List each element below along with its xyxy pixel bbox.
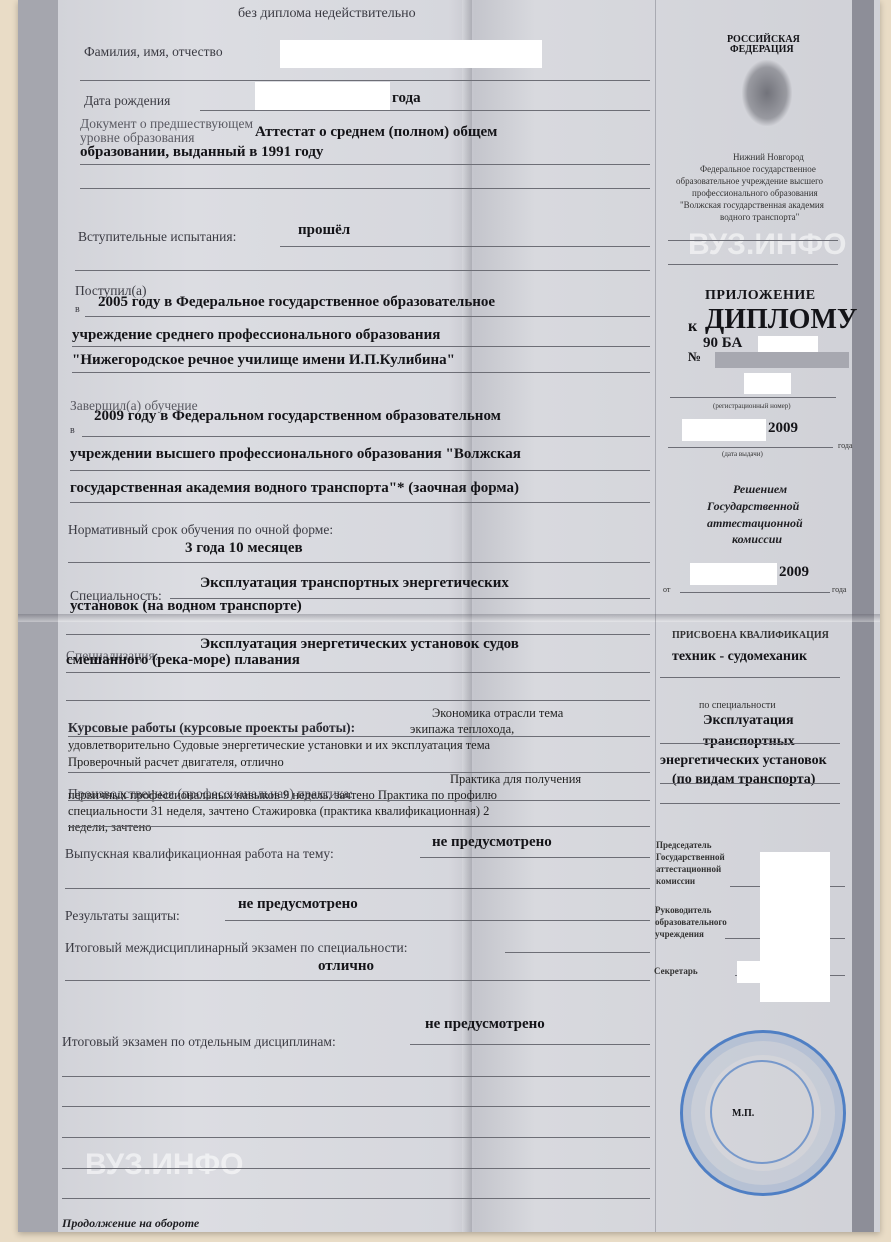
issue-suffix: года (838, 441, 852, 450)
completed-value-2: учреждении высшего профессионального обр… (70, 446, 521, 463)
thesis-value: не предусмотрено (432, 834, 552, 851)
rule (280, 246, 650, 247)
chair-label-1: Председатель (656, 840, 711, 850)
rule (80, 164, 650, 165)
head-label-1: Руководитель (655, 905, 711, 915)
rule (660, 677, 840, 678)
birth-date-suffix: года (392, 90, 421, 107)
watermark-text: ВУЗ.ИНФО (85, 1148, 243, 1182)
enrolled-value-1: 2005 году в Федеральное государственное … (98, 294, 495, 311)
stamp-label: М.П. (732, 1108, 754, 1119)
rule (72, 346, 650, 347)
chair-label-3: аттестационной (656, 864, 721, 874)
enrolled-in: в (75, 304, 80, 315)
redacted-full-name (280, 40, 542, 68)
decision-year: 2009 (779, 564, 809, 581)
institution-line-5: водного транспорта" (720, 212, 799, 222)
coursework-value-0: Экономика отрасли тема (432, 706, 563, 721)
practice-value-0: Практика для получения (450, 772, 581, 787)
redacted-signature (737, 961, 762, 983)
rule (68, 562, 650, 563)
redacted-birth-date (255, 82, 390, 110)
issue-year: 2009 (768, 420, 798, 437)
decision-line-3: аттестационной (707, 516, 803, 531)
decision-line-4: комиссии (732, 532, 782, 547)
rule (68, 736, 650, 737)
defense-label: Результаты защиты: (65, 908, 180, 924)
rule (62, 1168, 650, 1169)
right-specialty-line-1: Эксплуатация (703, 713, 794, 729)
redacted-number-field (715, 352, 849, 368)
institution-line-1: Федеральное государственное (700, 164, 816, 174)
term-label: Нормативный срок обучения по очной форме… (68, 522, 333, 538)
entrance-value: прошёл (298, 222, 350, 239)
watermark-text: ВУЗ.ИНФО (688, 228, 846, 262)
rule (70, 502, 650, 503)
rule (62, 1137, 650, 1138)
institution-line-4: "Волжская государственная академия (680, 200, 824, 210)
issue-caption: (дата выдачи) (722, 450, 763, 458)
rule (660, 803, 840, 804)
city: Нижний Новгород (733, 152, 804, 162)
rule (65, 888, 650, 889)
rule (82, 436, 650, 437)
continued-note: Продолжение на обороте (62, 1216, 199, 1231)
enrolled-value-3: "Нижегородское речное училище имени И.П.… (72, 352, 455, 369)
interdisc-exam-label: Итоговый междисциплинарный экзамен по сп… (65, 940, 407, 956)
horizontal-fold (18, 614, 880, 622)
right-specialty-line-4: (по видам транспорта) (672, 772, 815, 788)
rule (668, 447, 833, 448)
decision-suffix: года (832, 585, 846, 594)
diploma-series: 90 БА (703, 335, 742, 352)
prior-doc-value-1: Аттестат о среднем (полном) общем (255, 124, 497, 141)
supplement-title-diploma: ДИПЛОМУ (705, 304, 857, 336)
rule (170, 598, 650, 599)
chair-label-4: комиссии (656, 876, 695, 886)
qualification-label: ПРИСВОЕНА КВАЛИФИКАЦИЯ (672, 630, 829, 641)
official-seal-icon (680, 1030, 846, 1196)
rule (68, 800, 650, 801)
rule (66, 700, 650, 701)
rule (225, 920, 650, 921)
qualification-value: техник - судомеханик (672, 649, 807, 665)
term-value: 3 года 10 месяцев (185, 540, 303, 557)
rule (80, 188, 650, 189)
specialization-value-1: Эксплуатация энергетических установок су… (200, 636, 519, 653)
enrolled-value-2: учреждение среднего профессионального об… (72, 327, 440, 344)
completed-in: в (70, 425, 75, 436)
rule (660, 743, 840, 744)
rule (670, 397, 836, 398)
redacted-signatures (760, 852, 830, 1002)
number-sign: № (688, 349, 701, 365)
decision-line-1: Решением (733, 482, 787, 497)
rule (72, 372, 650, 373)
rule (62, 1198, 650, 1199)
coat-of-arms-icon (742, 60, 792, 126)
chair-label-2: Государственной (656, 852, 725, 862)
head-label-2: образовательного (655, 917, 727, 927)
reg-number-caption: (регистрационный номер) (713, 402, 791, 410)
final-exam-label: Итоговый экзамен по отдельным дисциплина… (62, 1034, 336, 1050)
specialization-value-2: смешанного (река-море) плавания (66, 652, 300, 669)
rule (200, 110, 650, 111)
practice-value-3: недели, зачтено (68, 820, 151, 835)
right-specialty-line-2: транспортных (703, 734, 795, 750)
rule (680, 592, 830, 593)
rule (80, 80, 650, 81)
rule (668, 240, 838, 241)
institution-line-3: профессионального образования (692, 188, 818, 198)
specialty-value-1: Эксплуатация транспортных энергетических (200, 575, 509, 592)
supplement-title-prefix: к (688, 318, 697, 336)
rule (505, 952, 650, 953)
rule (85, 316, 650, 317)
prior-doc-value-2: образовании, выданный в 1991 году (80, 144, 323, 161)
rule (660, 783, 840, 784)
rule (65, 980, 650, 981)
interdisc-exam-value: отлично (318, 958, 374, 975)
rule (66, 672, 650, 673)
seal-inner-ring (710, 1060, 814, 1164)
rule (410, 1044, 650, 1045)
secretary-label: Секретарь (654, 966, 698, 976)
page-divider (655, 0, 656, 1232)
practice-value-2: специальности 31 неделя, зачтено Стажиро… (68, 804, 489, 819)
institution-line-2: образовательное учреждение высшего (676, 176, 823, 186)
right-specialty-line-3: энергетических установок (660, 753, 827, 769)
rule (62, 1106, 650, 1107)
rule (75, 270, 650, 271)
redacted-reg-number (744, 373, 791, 394)
head-label-3: учреждения (655, 929, 704, 939)
thesis-label: Выпускная квалификационная работа на тем… (65, 846, 334, 862)
right-specialty-label: по специальности (699, 700, 776, 711)
birth-date-label: Дата рождения (84, 93, 170, 109)
defense-value: не предусмотрено (238, 896, 358, 913)
rule (62, 1076, 650, 1077)
top-note: без диплома недействительно (238, 6, 416, 22)
coursework-value-2: удовлетворительно Судовые энергетические… (68, 738, 490, 753)
decision-line-2: Государственной (707, 499, 799, 514)
supplement-title: ПРИЛОЖЕНИЕ (705, 288, 816, 304)
redacted-issue-date (682, 419, 766, 441)
redacted-decision-date (690, 563, 777, 585)
country-line-2: ФЕДЕРАЦИЯ (730, 44, 794, 55)
coursework-value-3: Проверочный расчет двигателя, отлично (68, 755, 284, 770)
full-name-label: Фамилия, имя, отчество (84, 44, 223, 60)
rule (668, 264, 838, 265)
coursework-value-1: экипажа теплохода, (410, 722, 514, 737)
final-exam-value: не предусмотрено (425, 1016, 545, 1033)
decision-from: от (663, 585, 670, 594)
completed-value-1: 2009 году в Федеральном государственном … (94, 408, 501, 425)
rule (70, 470, 650, 471)
rule (66, 634, 650, 635)
completed-value-3: государственная академия водного транспо… (70, 480, 519, 497)
coursework-label: Курсовые работы (курсовые проекты работы… (68, 720, 355, 736)
rule (68, 826, 650, 827)
entrance-label: Вступительные испытания: (78, 229, 236, 245)
rule (420, 857, 650, 858)
specialty-value-2: установок (на водном транспорте) (70, 598, 302, 615)
